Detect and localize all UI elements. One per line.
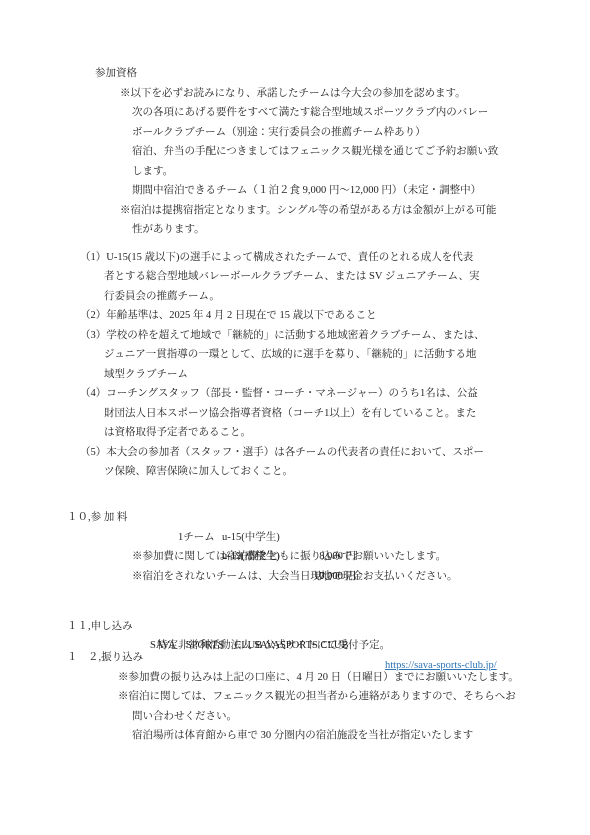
document-content: 参加資格 ※以下を必ずお読みになり、承諾したチームは今大会の参加を認めます。 次… xyxy=(0,64,590,746)
text-line: 者とする総合型地域バレーボールクラブチーム、または SV ジュニアチーム、実 xyxy=(104,267,590,287)
text-line: 財団法人日本スポーツ協会指導者資格（コーチ1以上）を有していること。また xyxy=(104,404,590,424)
fee-note: ※宿泊をされないチームは、大会当日現地で現金お支払いください。 xyxy=(132,567,590,587)
text-line: 次の各項にあげる要件をすべて満たす総合型地域スポーツクラブ内のバレー xyxy=(132,103,590,123)
text-line: ツ保険、障害保険に加入しておくこと。 xyxy=(104,462,590,482)
requirement-item-3: （3）学校の枠を超えて地域で「継続的」に活動する地域密着クラブチーム、または、 xyxy=(80,326,590,346)
text-line: 性があります。 xyxy=(132,220,590,240)
fee-price: 10,000 円 xyxy=(290,567,356,587)
eligibility-heading: 参加資格 xyxy=(95,64,590,84)
payment-note: ※宿泊に関しては、フェニックス観光の担当者から連絡がありますので、そちらへお xyxy=(118,687,590,707)
text-line: 行委員会の推薦チーム。 xyxy=(104,287,590,307)
text-line: ボールクラブチーム（別途：実行委員会の推薦チーム枠あり） xyxy=(132,123,590,143)
requirement-item-5: （5）本大会の参加者（スタッフ・選手）は各チームの代表者の責任において、スポー xyxy=(80,443,590,463)
text-line: 期間中宿泊できるチーム（１泊２食 9,000 円～12,000 円）（未定・調整… xyxy=(132,181,590,201)
section-requirements: （1）U-15(15 歳以下)の選手によって構成されたチームで、責任のとれる成人… xyxy=(0,248,590,482)
section-application: １１,申し込み SAVA SPORTS CLUB 公式サイトにて受付予定。 特定… xyxy=(0,597,590,636)
requirement-item-4: （4）コーチングスタッフ（部長・監督・コーチ・マネージャー）のうち1名は、公益 xyxy=(80,384,590,404)
text-line: 宿泊、弁当の手配につきましてはフェニックス観光様を通じてご予約お願い致 xyxy=(132,142,590,162)
requirement-item-1: （1）U-15(15 歳以下)の選手によって構成されたチームで、責任のとれる成人… xyxy=(80,248,590,268)
fee-row: u-19(高校生) 10,000 円 xyxy=(0,528,590,548)
section-payment: １ ２,振り込み ※参加費の振り込みは上記の口座に、4 月 20 日（日曜日）ま… xyxy=(0,648,590,746)
section-eligibility: 参加資格 ※以下を必ずお読みになり、承諾したチームは今大会の参加を認めます。 次… xyxy=(0,64,590,240)
fee-note: ※参加費に関しては宿泊費とともに振り込みでお願いいたします。 xyxy=(132,547,590,567)
document-page: 参加資格 ※以下を必ずお読みになり、承諾したチームは今大会の参加を認めます。 次… xyxy=(0,0,590,835)
requirement-item-2: （2）年齢基準は、2025 年 4 月 2 日現在で 15 歳以下であること xyxy=(80,306,590,326)
fee-row: １０,参 加 料 1チーム u-12(小学生) 7,000 円 xyxy=(0,489,590,509)
text-line: します。 xyxy=(132,162,590,182)
application-organization: 特定非営利活動法人 SAVASPORTS CLUB xyxy=(157,636,349,656)
application-heading-row: １１,申し込み SAVA SPORTS CLUB 公式サイトにて受付予定。 xyxy=(0,597,590,617)
text-line: 問い合わせください。 xyxy=(132,707,590,727)
text-line: は資格取得予定者であること。 xyxy=(104,423,590,443)
section-fees: １０,参 加 料 1チーム u-12(小学生) 7,000 円 u-15(中学生… xyxy=(0,489,590,587)
text-line: 宿泊場所は体育館から車で 30 分圏内の宿泊施設を当社が指定いたします xyxy=(132,726,590,746)
payment-note: ※参加費の振り込みは上記の口座に、4 月 20 日（日曜日）までにお願いいたしま… xyxy=(118,668,590,688)
fee-price: 8,000 円 xyxy=(290,547,356,567)
application-url-link[interactable]: https://sava-sports-club.jp/ xyxy=(385,656,497,676)
fee-category: u-19(高校生) xyxy=(222,547,280,567)
text-line: ※以下を必ずお読みになり、承諾したチームは今大会の参加を認めます。 xyxy=(120,84,590,104)
fee-row: u-15(中学生) 8,000 円 xyxy=(0,508,590,528)
application-org-row: 特定非営利活動法人 SAVASPORTS CLUB https://sava-s… xyxy=(0,617,590,637)
text-line: ジュニア一貫指導の一環として、広域的に選手を募り、「継続的」に活動する地 xyxy=(104,345,590,365)
text-line: 域型クラブチーム xyxy=(104,365,590,385)
text-line: ※宿泊は提携宿指定となります。シングル等の希望がある方は金額が上がる可能 xyxy=(120,201,590,221)
